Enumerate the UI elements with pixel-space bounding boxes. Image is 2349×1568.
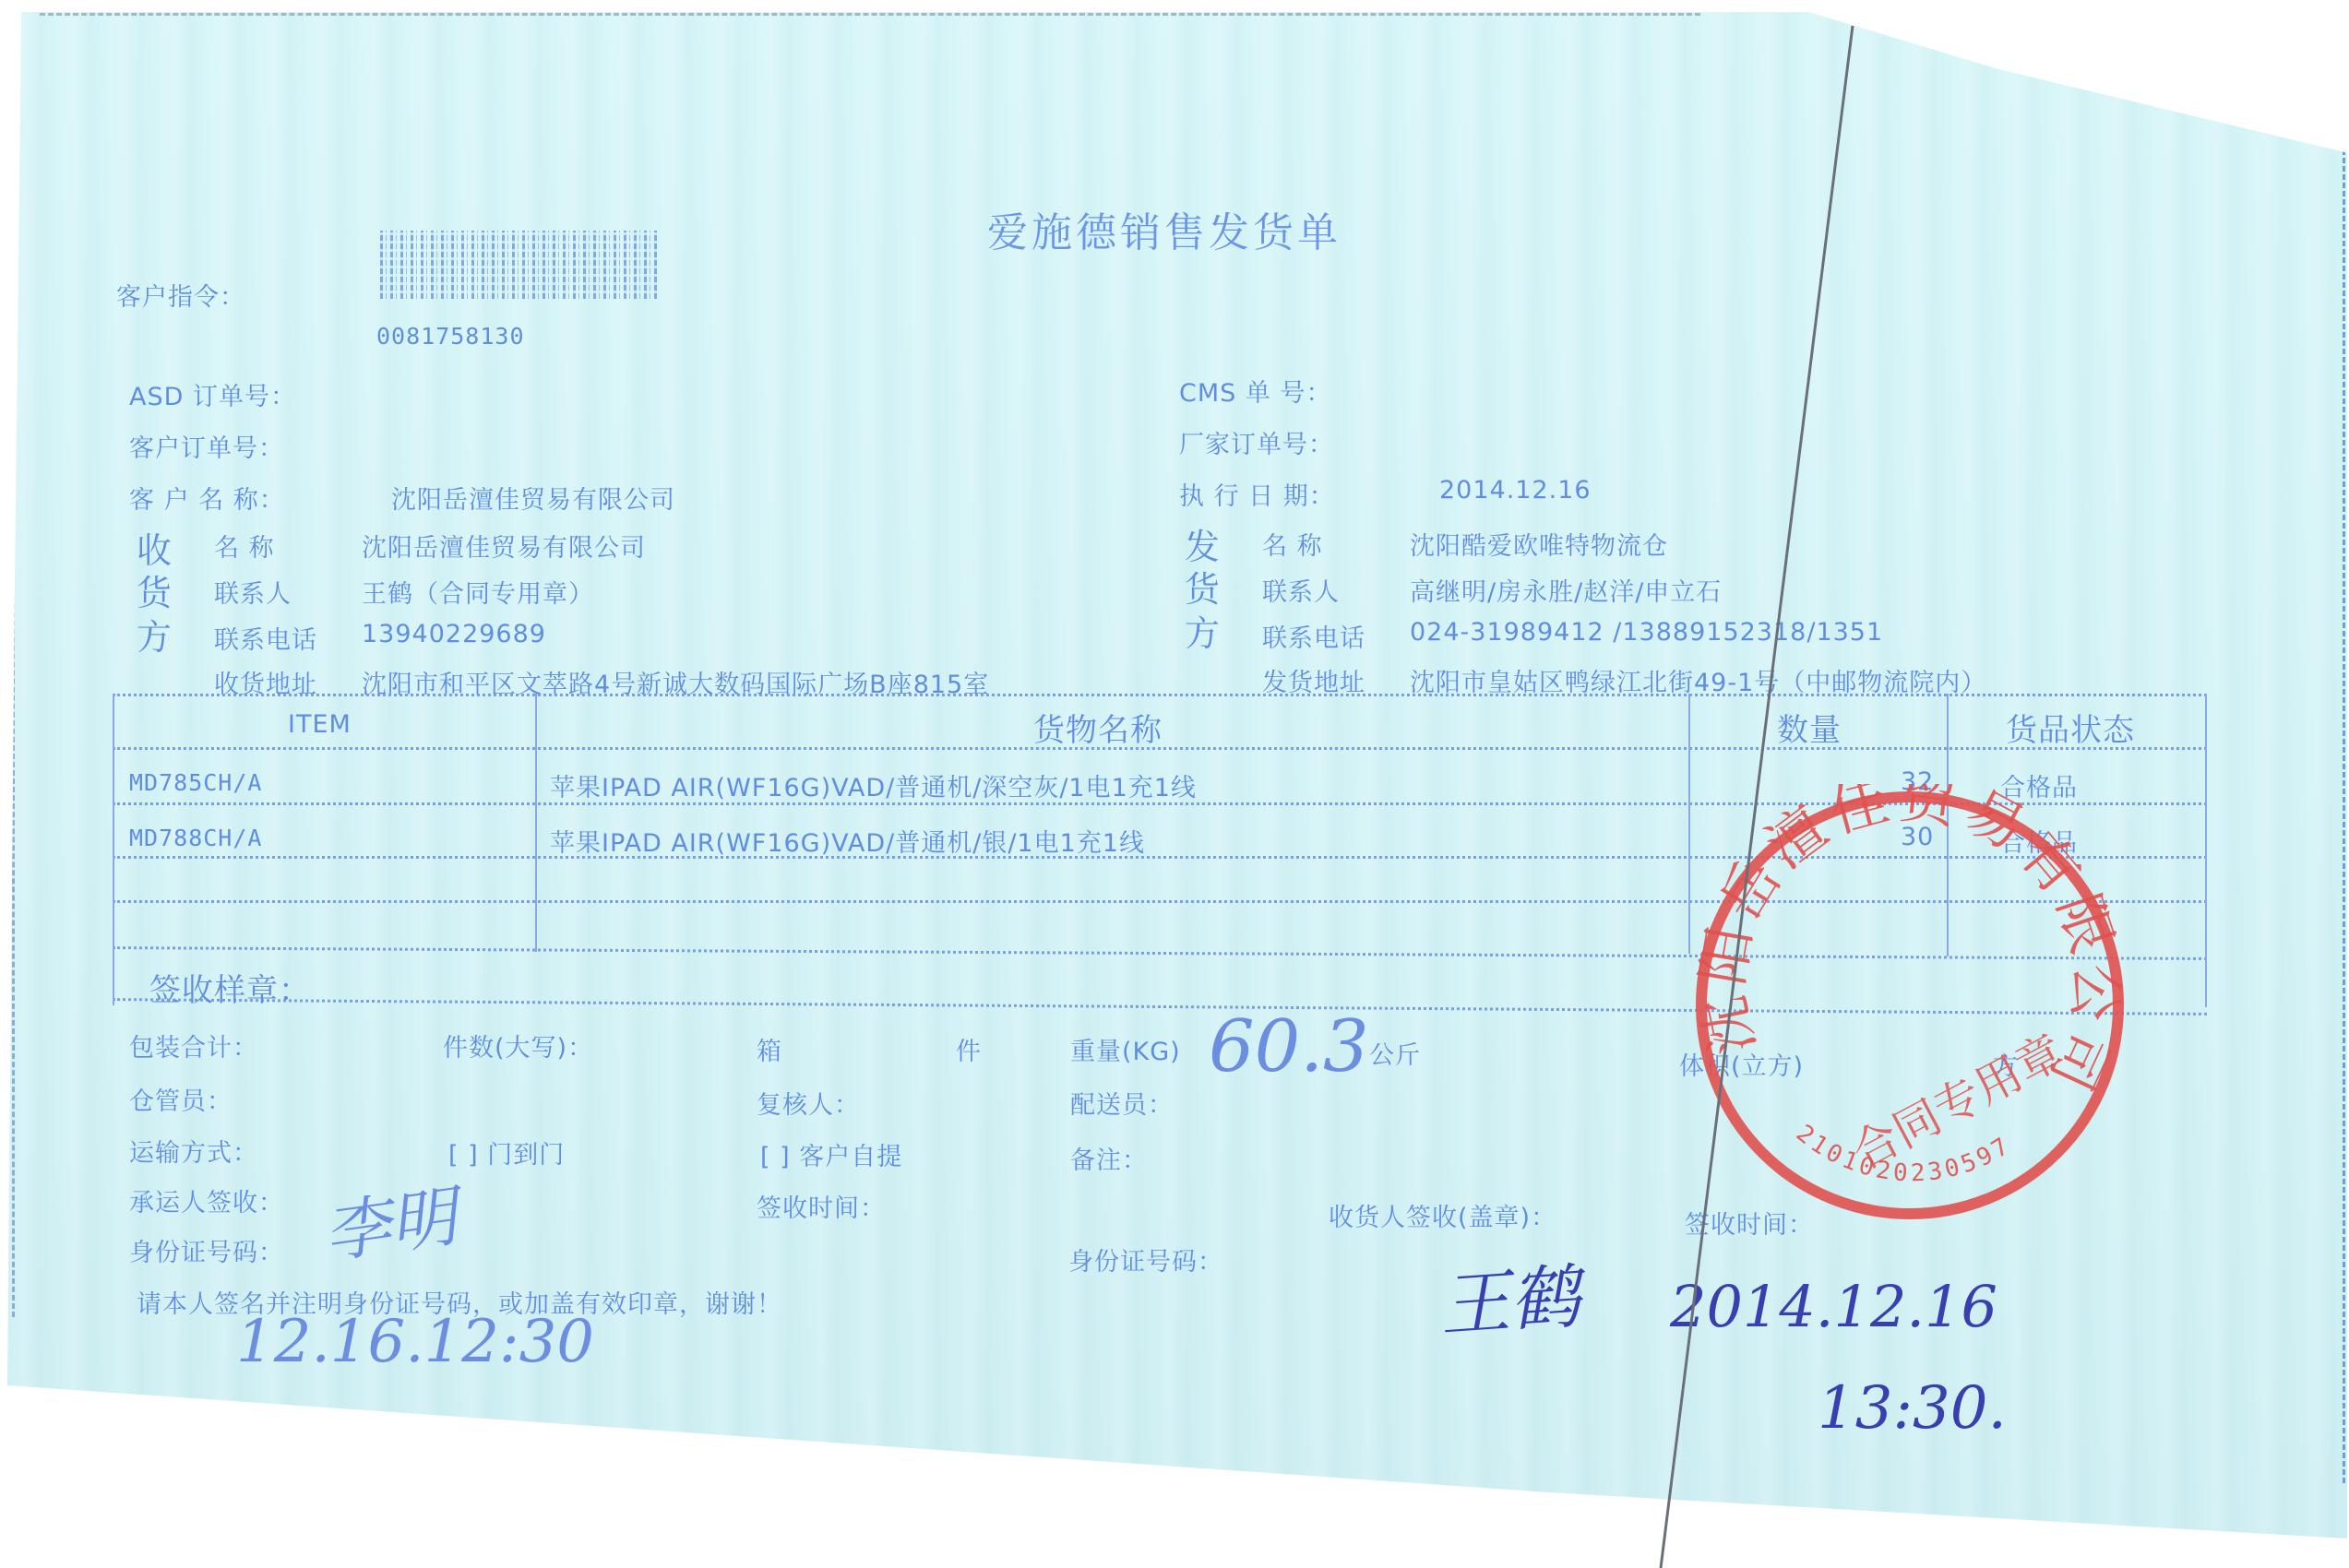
barcode-number: 0081758130 xyxy=(376,323,525,350)
consignee-name-value: 沈阳岳澶佳贸易有限公司 xyxy=(362,528,646,564)
self-pickup-checkbox[interactable]: [ ] 客户自提 xyxy=(760,1136,902,1172)
weight-value: 60.3 xyxy=(1209,1005,1369,1088)
consignee-contact-label: 联系人 xyxy=(214,574,292,610)
customer-name-value: 沈阳岳澶佳贸易有限公司 xyxy=(391,480,675,516)
receiver-signature: 王鹤 xyxy=(1436,1241,1582,1350)
shipper-phone-label: 联系电话 xyxy=(1262,618,1365,654)
consignee-side-char: 货 xyxy=(137,564,173,615)
customer-order-label: 客户订单号： xyxy=(129,428,284,464)
table-border xyxy=(535,694,537,952)
factory-order-label: 厂家订单号： xyxy=(1179,424,1334,460)
consignee-phone-label: 联系电话 xyxy=(214,620,317,656)
piece-label: 件 xyxy=(956,1031,982,1067)
shipper-contact-label: 联系人 xyxy=(1262,572,1340,608)
receiver-sign-label: 收货人签收(盖章)： xyxy=(1329,1197,1556,1233)
warehouse-keeper-label: 仓管员： xyxy=(129,1081,233,1117)
reviewer-label: 复核人： xyxy=(757,1085,860,1121)
customer-instruction-label: 客户指令： xyxy=(116,277,245,313)
row-goods-name: 苹果IPAD AIR(WF16G)VAD/普通机/深空灰/1电1充1线 xyxy=(550,767,1197,803)
carrier-signature: 李明 xyxy=(316,1162,461,1276)
table-header-status: 货品状态 xyxy=(2006,705,2135,750)
shipper-side-char: 货 xyxy=(1185,561,1221,612)
consignee-phone-value: 13940229689 xyxy=(362,620,546,648)
carrier-id-label: 身份证号码： xyxy=(129,1232,284,1268)
table-header-item: ITEM xyxy=(288,710,352,739)
table-border xyxy=(2205,694,2207,1007)
table-border xyxy=(113,694,114,1005)
deliverer-label: 配送员： xyxy=(1070,1085,1174,1121)
company-seal-stamp: 沈阳岳澶佳贸易有限公司 合同专用章 2101020230597 xyxy=(1688,784,2131,1227)
handwritten-carrier-time: 12.16.12:30 xyxy=(236,1308,594,1376)
row-item-code: MD785CH/A xyxy=(129,769,262,796)
consignee-side-char: 方 xyxy=(137,609,173,659)
perforation-left xyxy=(12,229,15,1317)
barcode xyxy=(380,231,657,299)
perforation-top xyxy=(40,13,1700,16)
table-header-goods-name: 货物名称 xyxy=(1033,705,1163,750)
exec-date-value: 2014.12.16 xyxy=(1439,476,1592,505)
door-to-door-checkbox[interactable]: [ ] 门到门 xyxy=(448,1134,565,1170)
box-label: 箱 xyxy=(757,1031,782,1067)
table-border xyxy=(113,694,2207,696)
shipper-side-char: 方 xyxy=(1185,605,1221,656)
exec-date-label: 执 行 日 期： xyxy=(1179,476,1335,512)
consignee-name-label: 名 称 xyxy=(214,528,275,564)
table-header-quantity: 数量 xyxy=(1777,705,1842,750)
transport-method-label: 运输方式： xyxy=(129,1133,258,1169)
weight-label: 重量(KG) xyxy=(1070,1031,1181,1067)
weight-unit: 公斤 xyxy=(1369,1035,1421,1071)
remarks-label: 备注： xyxy=(1070,1140,1148,1176)
shipper-contact-value: 高继明/房永胜/赵洋/申立石 xyxy=(1410,572,1722,608)
document-title: 爱施德销售发货单 xyxy=(987,199,1341,258)
customer-name-label: 客 户 名 称： xyxy=(129,480,285,516)
handwritten-receiver-time: 13:30. xyxy=(1818,1374,2007,1443)
shipper-name-label: 名 称 xyxy=(1262,526,1323,562)
perforation-right xyxy=(2343,100,2345,1483)
sign-time-label: 签收时间： xyxy=(757,1188,886,1224)
piece-count-label: 件数(大写)： xyxy=(443,1028,593,1063)
handwritten-receiver-date: 2014.12.16 xyxy=(1670,1273,1997,1340)
shipper-phone-value: 024-31989412 /13889152318/1351 xyxy=(1410,618,1883,647)
sign-sample-label: 签收样章： xyxy=(149,965,311,1010)
shipper-name-value: 沈阳酷爱欧唯特物流仓 xyxy=(1410,526,1668,562)
consignee-contact-value: 王鹤（合同专用章） xyxy=(362,574,594,610)
row-goods-name: 苹果IPAD AIR(WF16G)VAD/普通机/银/1电1充1线 xyxy=(550,823,1145,859)
cms-order-label: CMS 单 号： xyxy=(1179,373,1331,409)
row-item-code: MD788CH/A xyxy=(129,825,262,851)
asd-order-label: ASD 订单号： xyxy=(129,376,296,412)
package-total-label: 包装合计： xyxy=(129,1028,258,1063)
receiver-id-label: 身份证号码： xyxy=(1068,1241,1223,1277)
carrier-sign-label: 承运人签收： xyxy=(129,1182,284,1218)
